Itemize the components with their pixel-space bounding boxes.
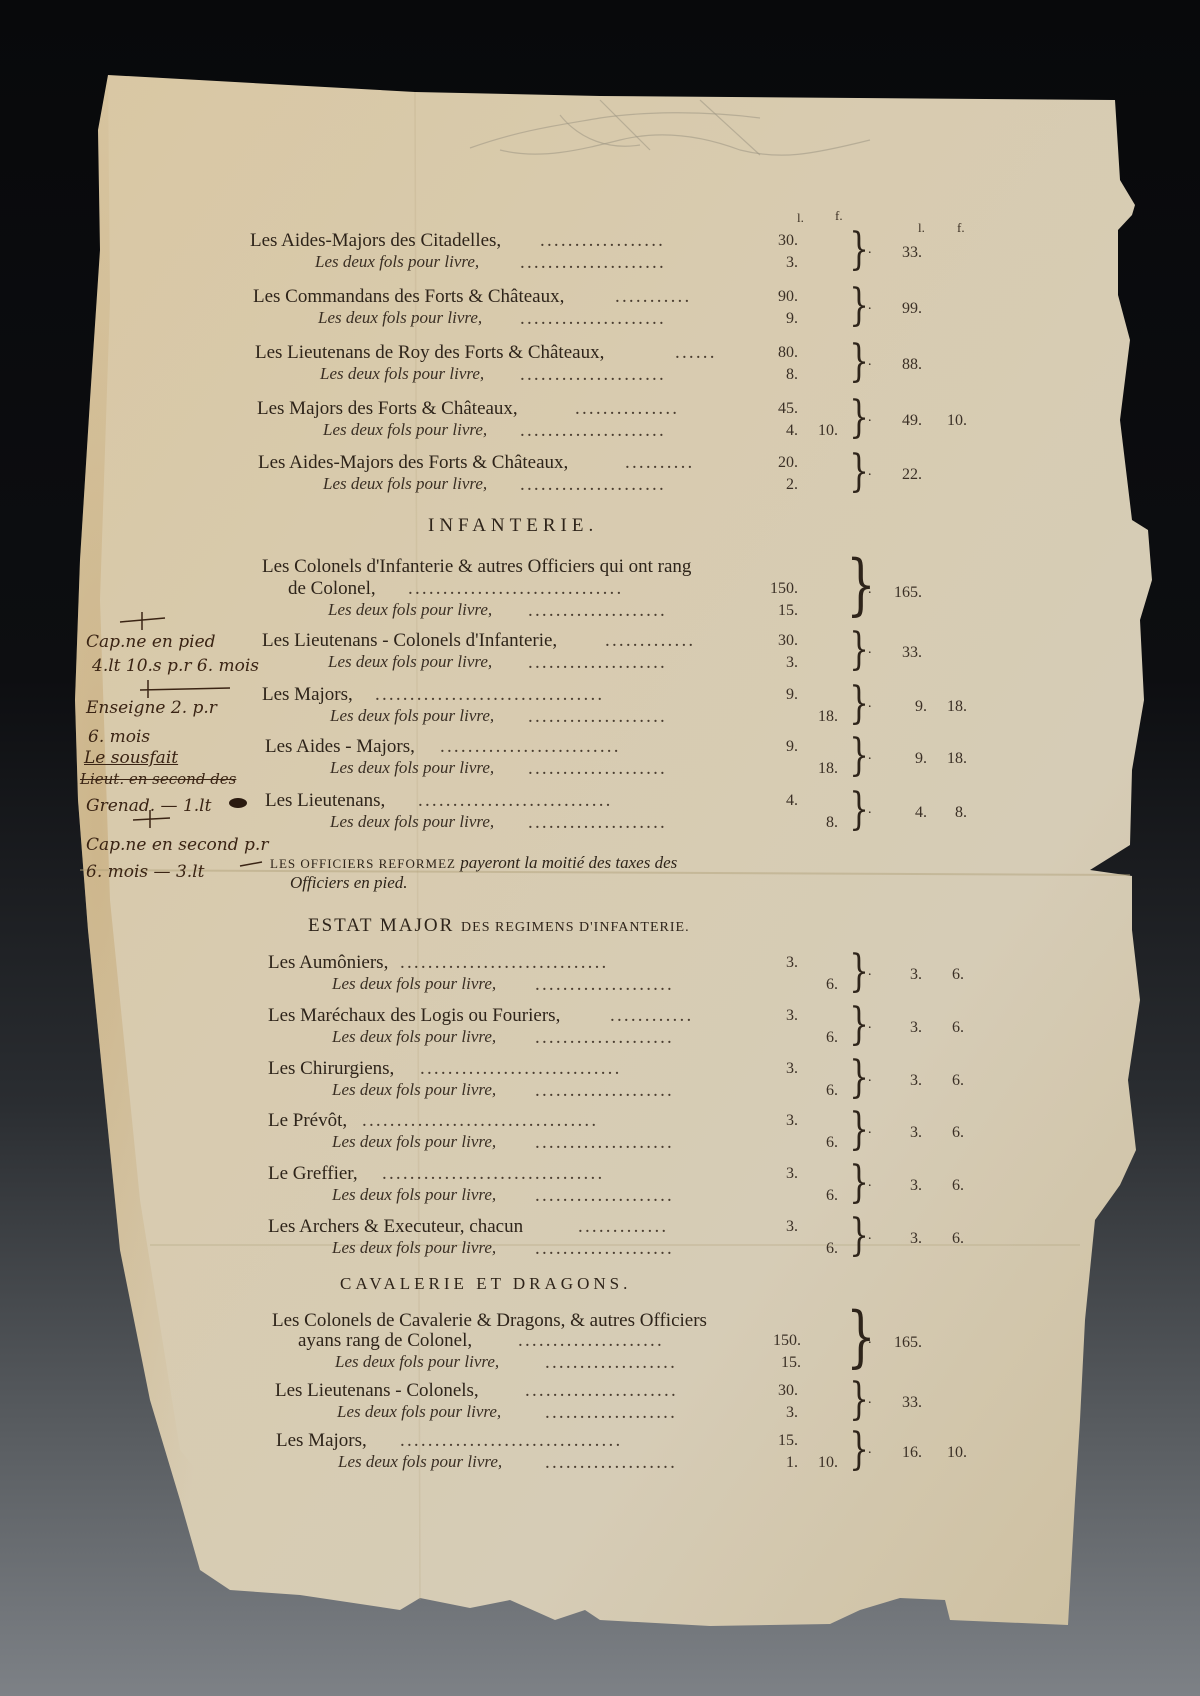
total-livres: 3.	[898, 1230, 922, 1248]
tax-livres: 2.	[760, 476, 798, 494]
entry-label: Les Lieutenans - Colonels,	[275, 1380, 479, 1402]
entry-label: Les Colonels d'Infanterie & autres Offic…	[262, 556, 691, 578]
tax-livres: 15.	[752, 602, 798, 620]
section-title-cavalerie: CAVALERIE ET DRAGONS.	[340, 1274, 631, 1294]
base-livres: 3.	[770, 1218, 798, 1236]
deux-sols-label: Les deux fols pour livre,	[323, 474, 487, 494]
brace-icon: }	[849, 950, 869, 994]
tax-sols: 10.	[808, 422, 838, 440]
deux-sols-label: Les deux fols pour livre,	[318, 308, 482, 328]
reformed-officers-note: Les Officiers Reformez payeront la moiti…	[270, 853, 677, 873]
base-livres: 30.	[760, 232, 798, 250]
col-header-sols: f.	[835, 208, 843, 224]
brace-icon: }	[849, 1161, 869, 1205]
tax-livres: 8.	[760, 366, 798, 384]
deux-sols-label: Les deux fols pour livre,	[328, 600, 492, 620]
brace-icon: }	[849, 284, 869, 328]
base-livres: 45.	[760, 400, 798, 418]
total-livres: 3.	[898, 1177, 922, 1195]
total-livres: 165.	[880, 584, 922, 602]
section-title-infanterie: INFANTERIE.	[428, 515, 598, 537]
entry-label: Les Archers & Executeur, chacun	[268, 1216, 523, 1238]
base-livres: 30.	[760, 632, 798, 650]
base-livres: 9.	[760, 686, 798, 704]
tax-sols: 18.	[808, 760, 838, 778]
brace-icon: }	[849, 734, 869, 778]
deux-sols-label: Les deux fols pour livre,	[332, 1027, 496, 1047]
tax-sols: 10.	[808, 1454, 838, 1472]
tax-livres: 3.	[760, 1404, 798, 1422]
brace-icon: }	[849, 228, 869, 272]
tax-sols: 6.	[814, 1082, 838, 1100]
brace-icon: }	[849, 396, 869, 440]
col-header-total-livres: l.	[918, 220, 925, 236]
entry-label: Les Lieutenans - Colonels d'Infanterie,	[262, 630, 557, 652]
total-livres: 9.	[895, 750, 927, 768]
deux-sols-label: Les deux fols pour livre,	[332, 1132, 496, 1152]
entry-label: Le Prévôt,	[268, 1110, 347, 1132]
total-livres: 9.	[895, 698, 927, 716]
total-livres: 3.	[898, 1019, 922, 1037]
deux-sols-label: Les deux fols pour livre,	[332, 1238, 496, 1258]
deux-sols-label: Les deux fols pour livre,	[337, 1402, 501, 1422]
entry-label: Les Chirurgiens,	[268, 1058, 394, 1080]
deux-sols-label: Les deux fols pour livre,	[332, 974, 496, 994]
total-livres: 3.	[898, 966, 922, 984]
total-sols: 6.	[940, 1019, 964, 1037]
entry-label-cont: ayans rang de Colonel,	[298, 1330, 472, 1352]
col-header-total-sols: f.	[957, 220, 965, 236]
brace-icon: }	[849, 450, 869, 494]
brace-icon: }	[849, 1378, 869, 1422]
base-livres: 90.	[760, 288, 798, 306]
entry-label: Les Aumôniers,	[268, 952, 388, 974]
tax-sols: 6.	[814, 1240, 838, 1258]
total-livres: 16.	[890, 1444, 922, 1462]
base-livres: 4.	[760, 792, 798, 810]
total-livres: 165.	[880, 1334, 922, 1352]
total-livres: 22.	[890, 466, 922, 484]
entry-label: Les Colonels de Cavalerie & Dragons, & a…	[272, 1310, 707, 1332]
brace-icon: }	[849, 1003, 869, 1047]
entry-label: Les Aides-Majors des Forts & Châteaux,	[258, 452, 568, 474]
base-livres: 150.	[752, 580, 798, 598]
base-livres: 150.	[755, 1332, 801, 1350]
total-sols: 6.	[940, 1072, 964, 1090]
brace-icon: }	[849, 788, 869, 832]
total-livres: 33.	[890, 1394, 922, 1412]
tax-livres: 9.	[760, 310, 798, 328]
total-livres: 99.	[890, 300, 922, 318]
total-sols: 6.	[940, 1177, 964, 1195]
brace-icon: }	[849, 1214, 869, 1258]
total-sols: 8.	[935, 804, 967, 822]
base-livres: 3.	[770, 1165, 798, 1183]
base-livres: 3.	[770, 954, 798, 972]
base-livres: 20.	[760, 454, 798, 472]
entry-label: Le Greffier,	[268, 1163, 358, 1185]
total-livres: 3.	[898, 1124, 922, 1142]
total-livres: 33.	[890, 644, 922, 662]
section-title-small: des Regimens d'Infanterie.	[461, 920, 690, 935]
tax-sols: 8.	[808, 814, 838, 832]
total-livres: 4.	[895, 804, 927, 822]
tax-sols: 6.	[814, 976, 838, 994]
note-text: payeront la moitié des taxes des	[460, 853, 677, 872]
deux-sols-label: Les deux fols pour livre,	[323, 420, 487, 440]
tax-sols: 6.	[814, 1029, 838, 1047]
base-livres: 3.	[770, 1060, 798, 1078]
total-livres: 33.	[890, 244, 922, 262]
section-title-estat-major: ESTAT MAJOR des Regimens d'Infanterie.	[308, 915, 690, 937]
base-livres: 80.	[760, 344, 798, 362]
total-sols: 6.	[940, 966, 964, 984]
entry-label: Les Lieutenans de Roy des Forts & Châtea…	[255, 342, 604, 364]
tax-sols: 6.	[814, 1134, 838, 1152]
tax-sols: 6.	[814, 1187, 838, 1205]
base-livres: 3.	[770, 1112, 798, 1130]
handwritten-marks	[0, 0, 300, 900]
tax-livres: 4.	[760, 422, 798, 440]
section-title-main: ESTAT MAJOR	[308, 915, 454, 936]
base-livres: 9.	[760, 738, 798, 756]
total-livres: 49.	[890, 412, 922, 430]
tax-livres: 3.	[760, 654, 798, 672]
col-header-livres: l.	[797, 210, 804, 226]
deux-sols-label: Les deux fols pour livre,	[332, 1080, 496, 1100]
base-livres: 30.	[760, 1382, 798, 1400]
brace-icon: }	[849, 1108, 869, 1152]
total-livres: 88.	[890, 356, 922, 374]
brace-icon: }	[849, 628, 869, 672]
note-text-cont: Officiers en pied.	[290, 873, 408, 892]
total-sols: 18.	[935, 750, 967, 768]
total-sols: 10.	[935, 1444, 967, 1462]
deux-sols-label: Les deux fols pour livre,	[328, 652, 492, 672]
deux-sols-label: Les deux fols pour livre,	[315, 252, 479, 272]
brace-icon: }	[849, 1428, 869, 1472]
reformed-officers-note-cont: Officiers en pied.	[290, 873, 408, 893]
brace-icon: }	[849, 1056, 869, 1100]
total-sols: 10.	[935, 412, 967, 430]
total-sols: 18.	[935, 698, 967, 716]
tax-sols: 18.	[808, 708, 838, 726]
tax-schedule: l. f. l. f. Les Aides-Majors des Citadel…	[0, 0, 1200, 1696]
deux-sols-label: Les deux fols pour livre,	[335, 1352, 499, 1372]
deux-sols-label: Les deux fols pour livre,	[332, 1185, 496, 1205]
deux-sols-label: Les deux fols pour livre,	[338, 1452, 502, 1472]
brace-icon: }	[849, 340, 869, 384]
total-livres: 3.	[898, 1072, 922, 1090]
entry-label: Les Maréchaux des Logis ou Fouriers,	[268, 1005, 560, 1027]
deux-sols-label: Les deux fols pour livre,	[320, 364, 484, 384]
deux-sols-label: Les deux fols pour livre,	[330, 758, 494, 778]
total-sols: 6.	[940, 1124, 964, 1142]
base-livres: 3.	[770, 1007, 798, 1025]
deux-sols-label: Les deux fols pour livre,	[330, 706, 494, 726]
tax-livres: 1.	[760, 1454, 798, 1472]
total-sols: 6.	[940, 1230, 964, 1248]
deux-sols-label: Les deux fols pour livre,	[330, 812, 494, 832]
tax-livres: 15.	[755, 1354, 801, 1372]
base-livres: 15.	[760, 1432, 798, 1450]
entry-label: Les Majors,	[276, 1430, 367, 1452]
tax-livres: 3.	[760, 254, 798, 272]
entry-label-cont: de Colonel,	[288, 578, 376, 600]
brace-icon: }	[849, 682, 869, 726]
